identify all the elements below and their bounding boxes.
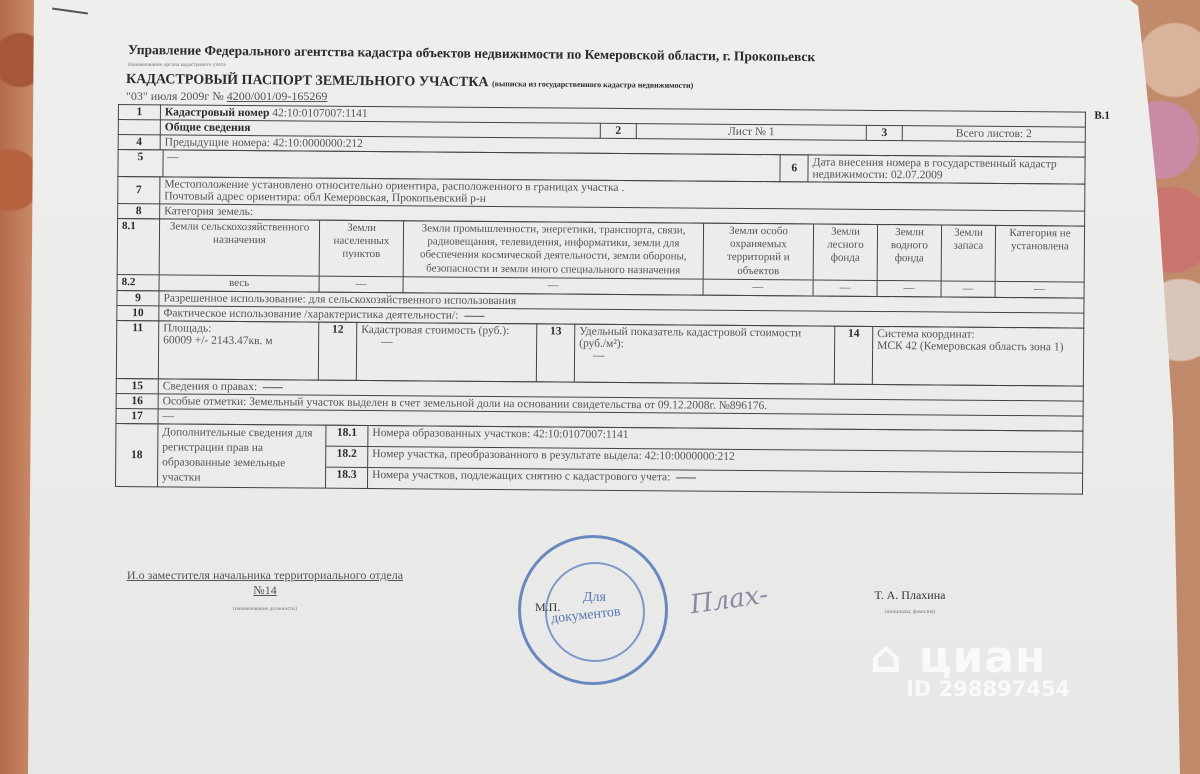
form-table-11-14: 11 Площадь: 60009 +/- 2143.47кв. м 12 Ка… xyxy=(116,320,1084,387)
category-value: — xyxy=(877,280,941,297)
stamp-text-top: Для xyxy=(583,590,606,606)
coordinate-system-cell: Система координат: МСК 42 (Кемеровская о… xyxy=(872,327,1083,387)
category-value: — xyxy=(319,276,403,293)
row-num: 5 xyxy=(118,150,163,177)
row-num: 6 xyxy=(780,155,808,182)
watermark-logo: ⌂ циан xyxy=(870,632,1070,683)
row-num: 12 xyxy=(318,322,356,380)
row-num: 14 xyxy=(834,326,872,384)
title-main: КАДАСТРОВЫЙ ПАСПОРТ ЗЕМЕЛЬНОГО УЧАСТКА xyxy=(126,72,489,90)
house-icon: ⌂ xyxy=(870,632,903,683)
empty-dash xyxy=(263,387,283,388)
name-caption: (инициалы, фамилия) xyxy=(855,609,965,615)
position-caption: (наименование должности) xyxy=(90,606,440,612)
row-num: 7 xyxy=(118,177,160,204)
category-header: Земли запаса xyxy=(941,225,995,281)
organization-caption: Наименование органа кадастрового учета xyxy=(128,62,226,68)
row-11-14: 11 Площадь: 60009 +/- 2143.47кв. м 12 Ка… xyxy=(116,321,1083,387)
area-value: 60009 +/- 2143.47кв. м xyxy=(163,335,314,348)
cadastral-form: В.1 1 Кадастровый номер 42:10:0107007:11… xyxy=(115,104,1086,495)
category-header: Земли водного фонда xyxy=(877,224,941,281)
row-num: 18 xyxy=(115,424,157,487)
registration-date: Дата внесения номера в государственный к… xyxy=(808,155,1085,184)
form-table-18: 18 Дополнительные сведения для регистрац… xyxy=(115,423,1083,494)
row-num: 1 xyxy=(118,105,160,120)
position-department: №14 xyxy=(90,583,440,598)
document-date-number: "03" июля 2009г № 4200/001/09-165269 xyxy=(126,89,327,104)
signatory-position: И.о заместителя начальника территориальн… xyxy=(90,568,440,612)
cadastral-number-label: Кадастровый номер xyxy=(165,106,270,119)
land-category-table: 8.1 Земли сельскохозяйственного назначен… xyxy=(117,218,1086,299)
total-sheets: Всего листов: 2 xyxy=(902,126,1085,142)
row-num: 9 xyxy=(117,291,159,306)
area-cell: Площадь: 60009 +/- 2143.47кв. м xyxy=(158,321,318,380)
watermark-id: ID 298897454 xyxy=(906,677,1070,701)
category-header: Земли особо охраняемых территорий и объе… xyxy=(703,223,813,280)
row-num: 17 xyxy=(116,409,158,424)
category-value: — xyxy=(813,280,877,297)
category-header: Категория не установлена xyxy=(995,225,1084,282)
specific-value-cell: Удельный показатель кадастровой стоимост… xyxy=(574,324,834,384)
category-header: Земли промышленности, энергетики, трансп… xyxy=(403,221,703,279)
row-num: 15 xyxy=(116,379,158,394)
row-num: 10 xyxy=(117,306,159,321)
document-date: "03" июля 2009г № xyxy=(126,89,224,103)
row-num: 2 xyxy=(600,123,636,138)
category-header: Земли лесного фонда xyxy=(813,224,877,281)
row-8-1: 8.1 Земли сельскохозяйственного назначен… xyxy=(117,219,1084,283)
row-num: 16 xyxy=(116,394,158,409)
cian-watermark: ⌂ циан ID 298897454 xyxy=(870,632,1070,701)
category-value: — xyxy=(703,279,813,296)
signatory-name: Т. А. Плахина xyxy=(855,588,965,603)
category-value: — xyxy=(941,281,995,298)
empty-dash xyxy=(464,316,484,317)
deregistered-parcels: Номера участков, подлежащих снятию с кад… xyxy=(372,469,670,483)
title-sub: (выписка из государственного кадастра не… xyxy=(492,79,693,90)
signatory-name-block: Т. А. Плахина (инициалы, фамилия) xyxy=(855,588,965,615)
row-num: 13 xyxy=(536,324,574,382)
row-num: 8.2 xyxy=(117,274,159,291)
row-num: 8.1 xyxy=(117,219,159,275)
row-num: 11 xyxy=(116,321,158,379)
row-num: 8 xyxy=(118,204,160,219)
row-num-empty xyxy=(118,120,160,135)
cadastral-value-cell: Кадастровая стоимость (руб.): — xyxy=(356,323,536,382)
specific-value-label: Удельный показатель кадастровой стоимост… xyxy=(579,326,830,352)
form-code: В.1 xyxy=(1094,110,1110,122)
empty-dash xyxy=(676,477,696,478)
actual-use: Фактическое использование /характеристик… xyxy=(163,308,458,322)
row-num: 18.2 xyxy=(326,446,368,467)
stamp-place-label: М.П. xyxy=(535,600,560,615)
position-title: И.о заместителя начальника территориальн… xyxy=(90,568,440,583)
cadastral-number-value: 42:10:0107007:1141 xyxy=(272,107,368,120)
cadastral-value: — xyxy=(361,336,532,349)
row-num: 4 xyxy=(118,135,160,150)
category-header: Земли населенных пунктов xyxy=(319,220,403,277)
rights-info: Сведения о правах: xyxy=(163,381,257,394)
row-num: 3 xyxy=(866,125,902,140)
category-header: Земли сельскохозяйственного назначения xyxy=(159,219,319,276)
coordinate-system-value: МСК 42 (Кемеровская область зона 1) xyxy=(877,340,1079,354)
document-number: 4200/001/09-165269 xyxy=(227,89,328,103)
row-num: 18.1 xyxy=(326,425,368,446)
stamp-text-bottom: документов xyxy=(550,604,621,627)
category-value: — xyxy=(995,281,1084,298)
additional-info-label: Дополнительные сведения для регистрации … xyxy=(157,424,325,488)
watermark-brand: циан xyxy=(919,632,1047,683)
row-num: 18.3 xyxy=(325,467,367,488)
category-value: весь xyxy=(159,275,319,292)
specific-value: — xyxy=(579,350,830,364)
